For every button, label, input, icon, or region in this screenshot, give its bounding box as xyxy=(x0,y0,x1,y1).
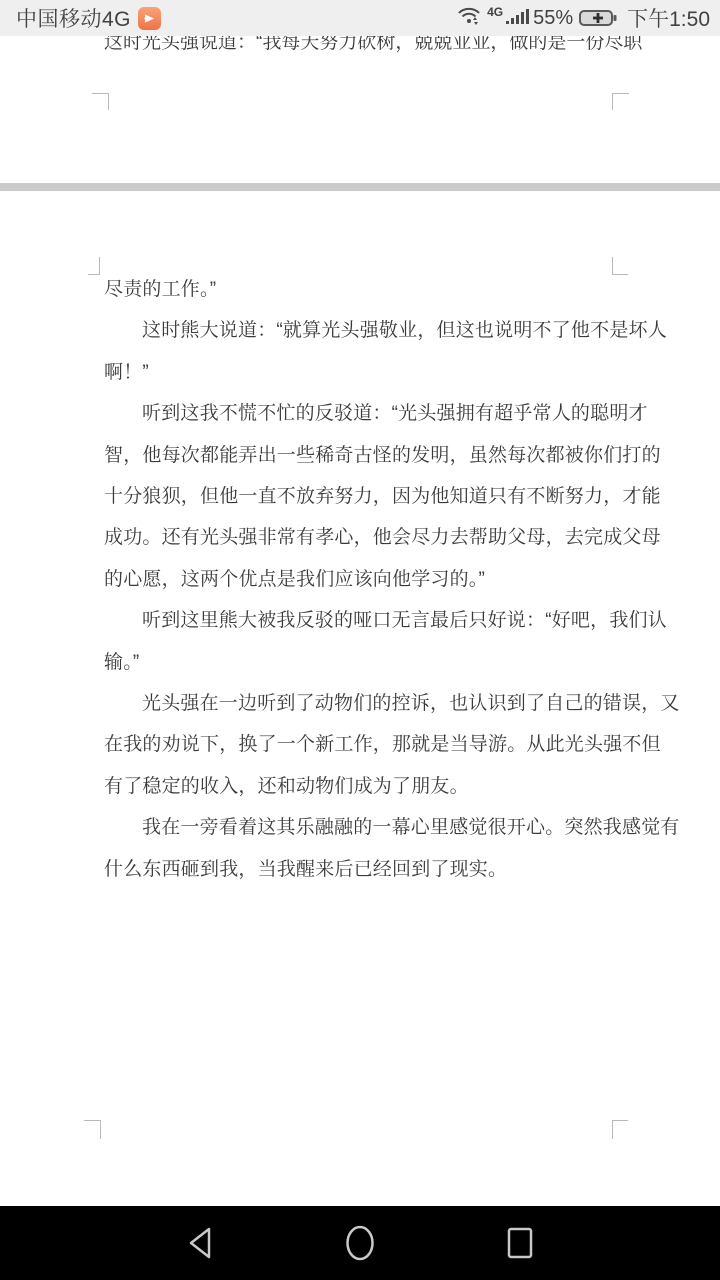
battery-percent-label: 55% xyxy=(533,7,573,30)
battery-charging-icon xyxy=(579,8,619,28)
text-line: 啊！” xyxy=(104,352,664,393)
home-button[interactable] xyxy=(280,1206,440,1280)
text-line: 我在一旁看着这其乐融融的一幕心里感觉很开心。突然我感觉有 xyxy=(104,807,664,848)
recents-square-icon xyxy=(506,1226,534,1260)
text-line: 有了稳定的收入，还和动物们成为了朋友。 xyxy=(104,766,664,807)
text-line: 光头强在一边听到了动物们的控诉，也认识到了自己的错误，又 xyxy=(104,683,664,724)
document-text-block: 尽责的工作。” 这时熊大说道：“就算光头强敬业，但这也说明不了他不是坏人 啊！”… xyxy=(104,269,664,890)
page-separator xyxy=(0,183,720,191)
text-line: 在我的劝说下，换了一个新工作，那就是当导游。从此光头强不但 xyxy=(104,724,664,765)
network-type-badge: 4G xyxy=(487,5,503,19)
page2-bottom-right-crop-mark-icon xyxy=(612,1120,628,1139)
status-bar: 中国移动4G 4G xyxy=(0,0,720,36)
text-line: 十分狼狈，但他一直不放弃努力，因为他知道只有不断努力，才能 xyxy=(104,476,664,517)
page2-bottom-left-crop-mark-icon xyxy=(84,1120,101,1139)
recents-button[interactable] xyxy=(440,1206,600,1280)
back-button[interactable] xyxy=(120,1206,280,1280)
clipped-text-line: 这时光头强说道：“我每天努力砍树，兢兢业业，做的是一份尽职 xyxy=(104,36,642,63)
back-triangle-icon xyxy=(187,1225,213,1261)
status-indicators: 4G 55% xyxy=(457,3,710,33)
clock-label: 下午1:50 xyxy=(627,3,710,33)
page1-bottom-left-crop-mark-icon xyxy=(92,93,109,110)
document-page-1[interactable]: 这时光头强说道：“我每天努力砍树，兢兢业业，做的是一份尽职 xyxy=(0,36,720,183)
text-line: 听到这我不慌不忙的反驳道：“光头强拥有超乎常人的聪明才 xyxy=(104,393,664,434)
text-line: 尽责的工作。” xyxy=(104,269,664,310)
text-line: 输。” xyxy=(104,642,664,683)
document-page-2[interactable]: 尽责的工作。” 这时熊大说道：“就算光头强敬业，但这也说明不了他不是坏人 啊！”… xyxy=(0,191,720,1206)
text-line: 的心愿，这两个优点是我们应该向他学习的。” xyxy=(104,559,664,600)
signal-bars-icon xyxy=(505,6,531,31)
text-line: 什么东西砸到我，当我醒来后已经回到了现实。 xyxy=(104,849,664,890)
home-circle-icon xyxy=(344,1224,376,1262)
text-line: 听到这里熊大被我反驳的哑口无言最后只好说：“好吧，我们认 xyxy=(104,600,664,641)
page1-bottom-right-crop-mark-icon xyxy=(612,93,629,110)
text-line: 智，他每次都能弄出一些稀奇古怪的发明，虽然每次都被你们打的 xyxy=(104,435,664,476)
phone-screen: 中国移动4G 4G xyxy=(0,0,720,1280)
notification-app-play-icon xyxy=(138,7,161,30)
carrier-label: 中国移动4G xyxy=(16,3,131,33)
text-line: 成功。还有光头强非常有孝心，他会尽力去帮助父母，去完成父母 xyxy=(104,517,664,558)
android-nav-bar xyxy=(0,1206,720,1280)
wifi-icon xyxy=(457,5,483,32)
text-line: 这时熊大说道：“就算光头强敬业，但这也说明不了他不是坏人 xyxy=(104,310,664,351)
page2-top-left-crop-mark-icon xyxy=(88,257,100,275)
